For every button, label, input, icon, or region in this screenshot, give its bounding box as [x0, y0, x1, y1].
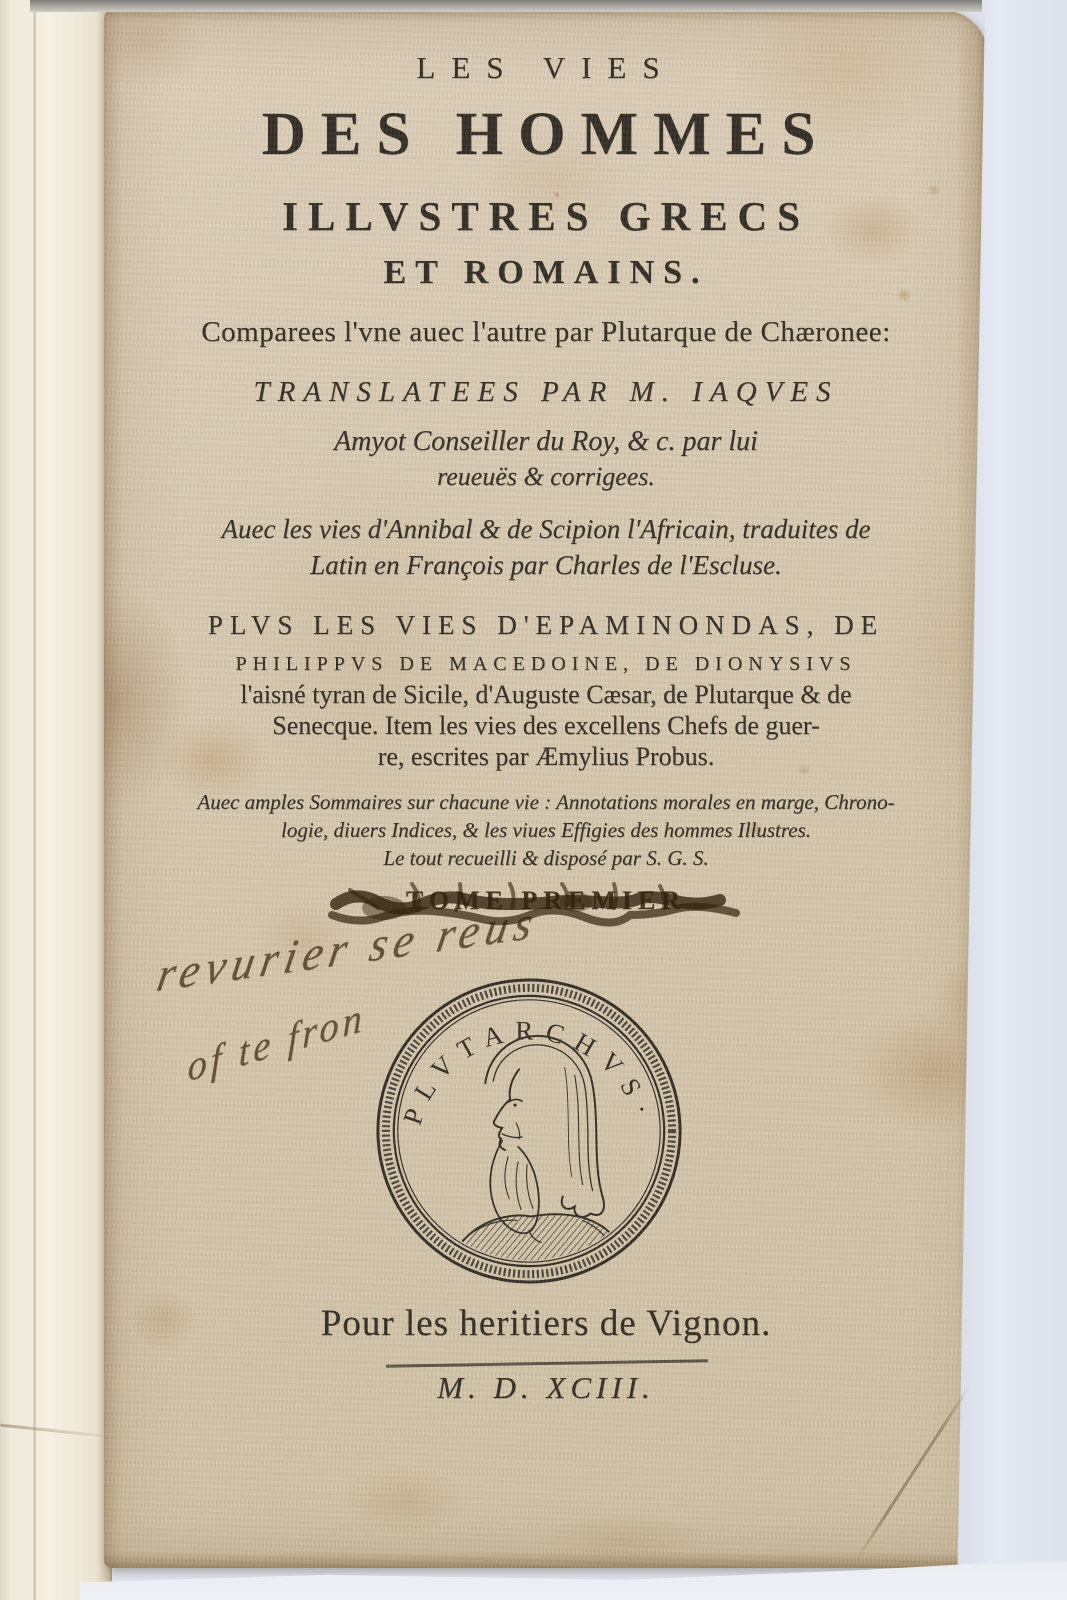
plus-line-3: l'aisné tyran de Sicile, d'Auguste Cæsar… — [104, 680, 988, 710]
imprint-date: M. D. XCIII. — [104, 1370, 988, 1406]
plutarch-bust-engraving — [456, 1036, 620, 1268]
book-page-edges-left — [0, 0, 112, 1600]
subtitle-line: Comparees l'vne auec l'autre par Plutarq… — [104, 316, 988, 349]
plutarch-medallion: PLVTARCHVS· — [370, 972, 688, 1290]
translator-line-2: Amyot Conseiller du Roy, & c. par lui — [104, 426, 988, 458]
sommaires-line-2: logie, diuers Indices, & les viues Effig… — [104, 818, 988, 843]
sommaires-line-3: Le tout recueilli & disposé par S. G. S. — [104, 846, 988, 871]
imprint-publisher: Pour les heritiers de Vignon. — [104, 1302, 988, 1345]
annibal-line-2: Latin en François par Charles de l'Esclu… — [104, 550, 988, 581]
translator-line-1: TRANSLATEES PAR M. IAQVES — [104, 376, 988, 409]
plus-line-2: PHILIPPVS DE MACEDOINE, DE DIONYSIVS — [104, 653, 988, 676]
title-line-2: DES HOMMES — [104, 100, 988, 170]
plus-line-1: PLVS LES VIES D'EPAMINONDAS, DE — [104, 610, 988, 641]
photo-antique-book-title-page: LES VIES DES HOMMES ILLVSTRES GRECS ET R… — [0, 0, 1067, 1600]
annibal-line-1: Auec les vies d'Annibal & de Scipion l'A… — [104, 514, 988, 545]
title-line-3: ILLVSTRES GRECS — [104, 192, 988, 240]
title-page: LES VIES DES HOMMES ILLVSTRES GRECS ET R… — [104, 10, 988, 1568]
handwritten-inscription-line-2: of te fron — [188, 992, 366, 1092]
plus-line-4: Senecque. Item les vies des excellens Ch… — [104, 711, 988, 741]
translator-line-3: reueuës & corrigees. — [104, 462, 988, 492]
plus-line-5: re, escrites par Æmylius Probus. — [104, 742, 988, 772]
title-line-4: ET ROMAINS. — [104, 254, 988, 292]
imprint-rule — [386, 1359, 708, 1368]
title-line-1: LES VIES — [104, 50, 988, 86]
background-table-strip — [30, 0, 982, 12]
sommaires-line-1: Auec amples Sommaires sur chacune vie : … — [104, 790, 988, 815]
ink-scribble-over-tome — [326, 872, 766, 938]
